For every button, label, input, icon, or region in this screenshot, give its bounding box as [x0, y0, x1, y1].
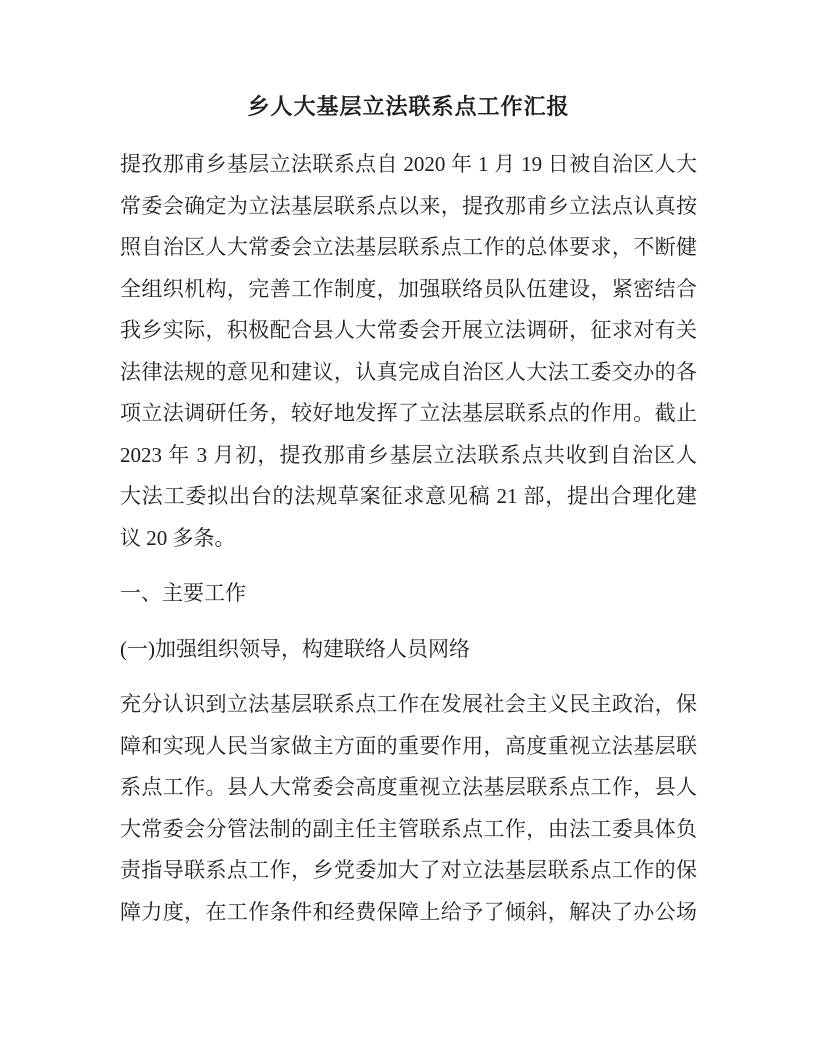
text-line: 议 20 多条。 [120, 518, 697, 560]
body-paragraph: 充分认识到立法基层联系点工作在发展社会主义民主政治，保障和实现人民当家做主方面的… [120, 684, 697, 933]
text-line: 常委会确定为立法基层联系点以来，提孜那甫乡立法点认真按 [120, 186, 697, 228]
text-line: 责指导联系点工作，乡党委加大了对立法基层联系点工作的保 [120, 850, 697, 892]
text-line: 障和实现人民当家做主方面的重要作用，高度重视立法基层联 [120, 726, 697, 768]
section-heading: 一、主要工作 [120, 573, 697, 615]
text-line: 充分认识到立法基层联系点工作在发展社会主义民主政治，保 [120, 684, 697, 726]
text-line: 障力度，在工作条件和经费保障上给予了倾斜，解决了办公场 [120, 892, 697, 934]
document-page: 乡人大基层立法联系点工作汇报 提孜那甫乡基层立法联系点自 2020 年 1 月 … [0, 0, 816, 1056]
body-paragraph: 提孜那甫乡基层立法联系点自 2020 年 1 月 19 日被自治区人大常委会确定… [120, 144, 697, 559]
text-line: 大法工委拟出台的法规草案征求意见稿 21 部，提出合理化建 [120, 476, 697, 518]
document-title: 乡人大基层立法联系点工作汇报 [120, 86, 697, 127]
text-line: 提孜那甫乡基层立法联系点自 2020 年 1 月 19 日被自治区人大 [120, 144, 697, 186]
document-body: 提孜那甫乡基层立法联系点自 2020 年 1 月 19 日被自治区人大常委会确定… [120, 144, 697, 933]
section-heading: (一)加强组织领导，构建联络人员网络 [120, 629, 697, 671]
text-line: 我乡实际，积极配合县人大常委会开展立法调研，征求对有关 [120, 310, 697, 352]
text-line: 系点工作。县人大常委会高度重视立法基层联系点工作，县人 [120, 767, 697, 809]
text-line: 大常委会分管法制的副主任主管联系点工作，由法工委具体负 [120, 809, 697, 851]
text-line: 一、主要工作 [120, 573, 697, 615]
text-line: 2023 年 3 月初，提孜那甫乡基层立法联系点共收到自治区人 [120, 435, 697, 477]
text-line: 全组织机构，完善工作制度，加强联络员队伍建设，紧密结合 [120, 269, 697, 311]
text-line: 法律法规的意见和建议，认真完成自治区人大法工委交办的各 [120, 352, 697, 394]
text-line: 项立法调研任务，较好地发挥了立法基层联系点的作用。截止 [120, 393, 697, 435]
text-line: (一)加强组织领导，构建联络人员网络 [120, 629, 697, 671]
text-line: 照自治区人大常委会立法基层联系点工作的总体要求，不断健 [120, 227, 697, 269]
